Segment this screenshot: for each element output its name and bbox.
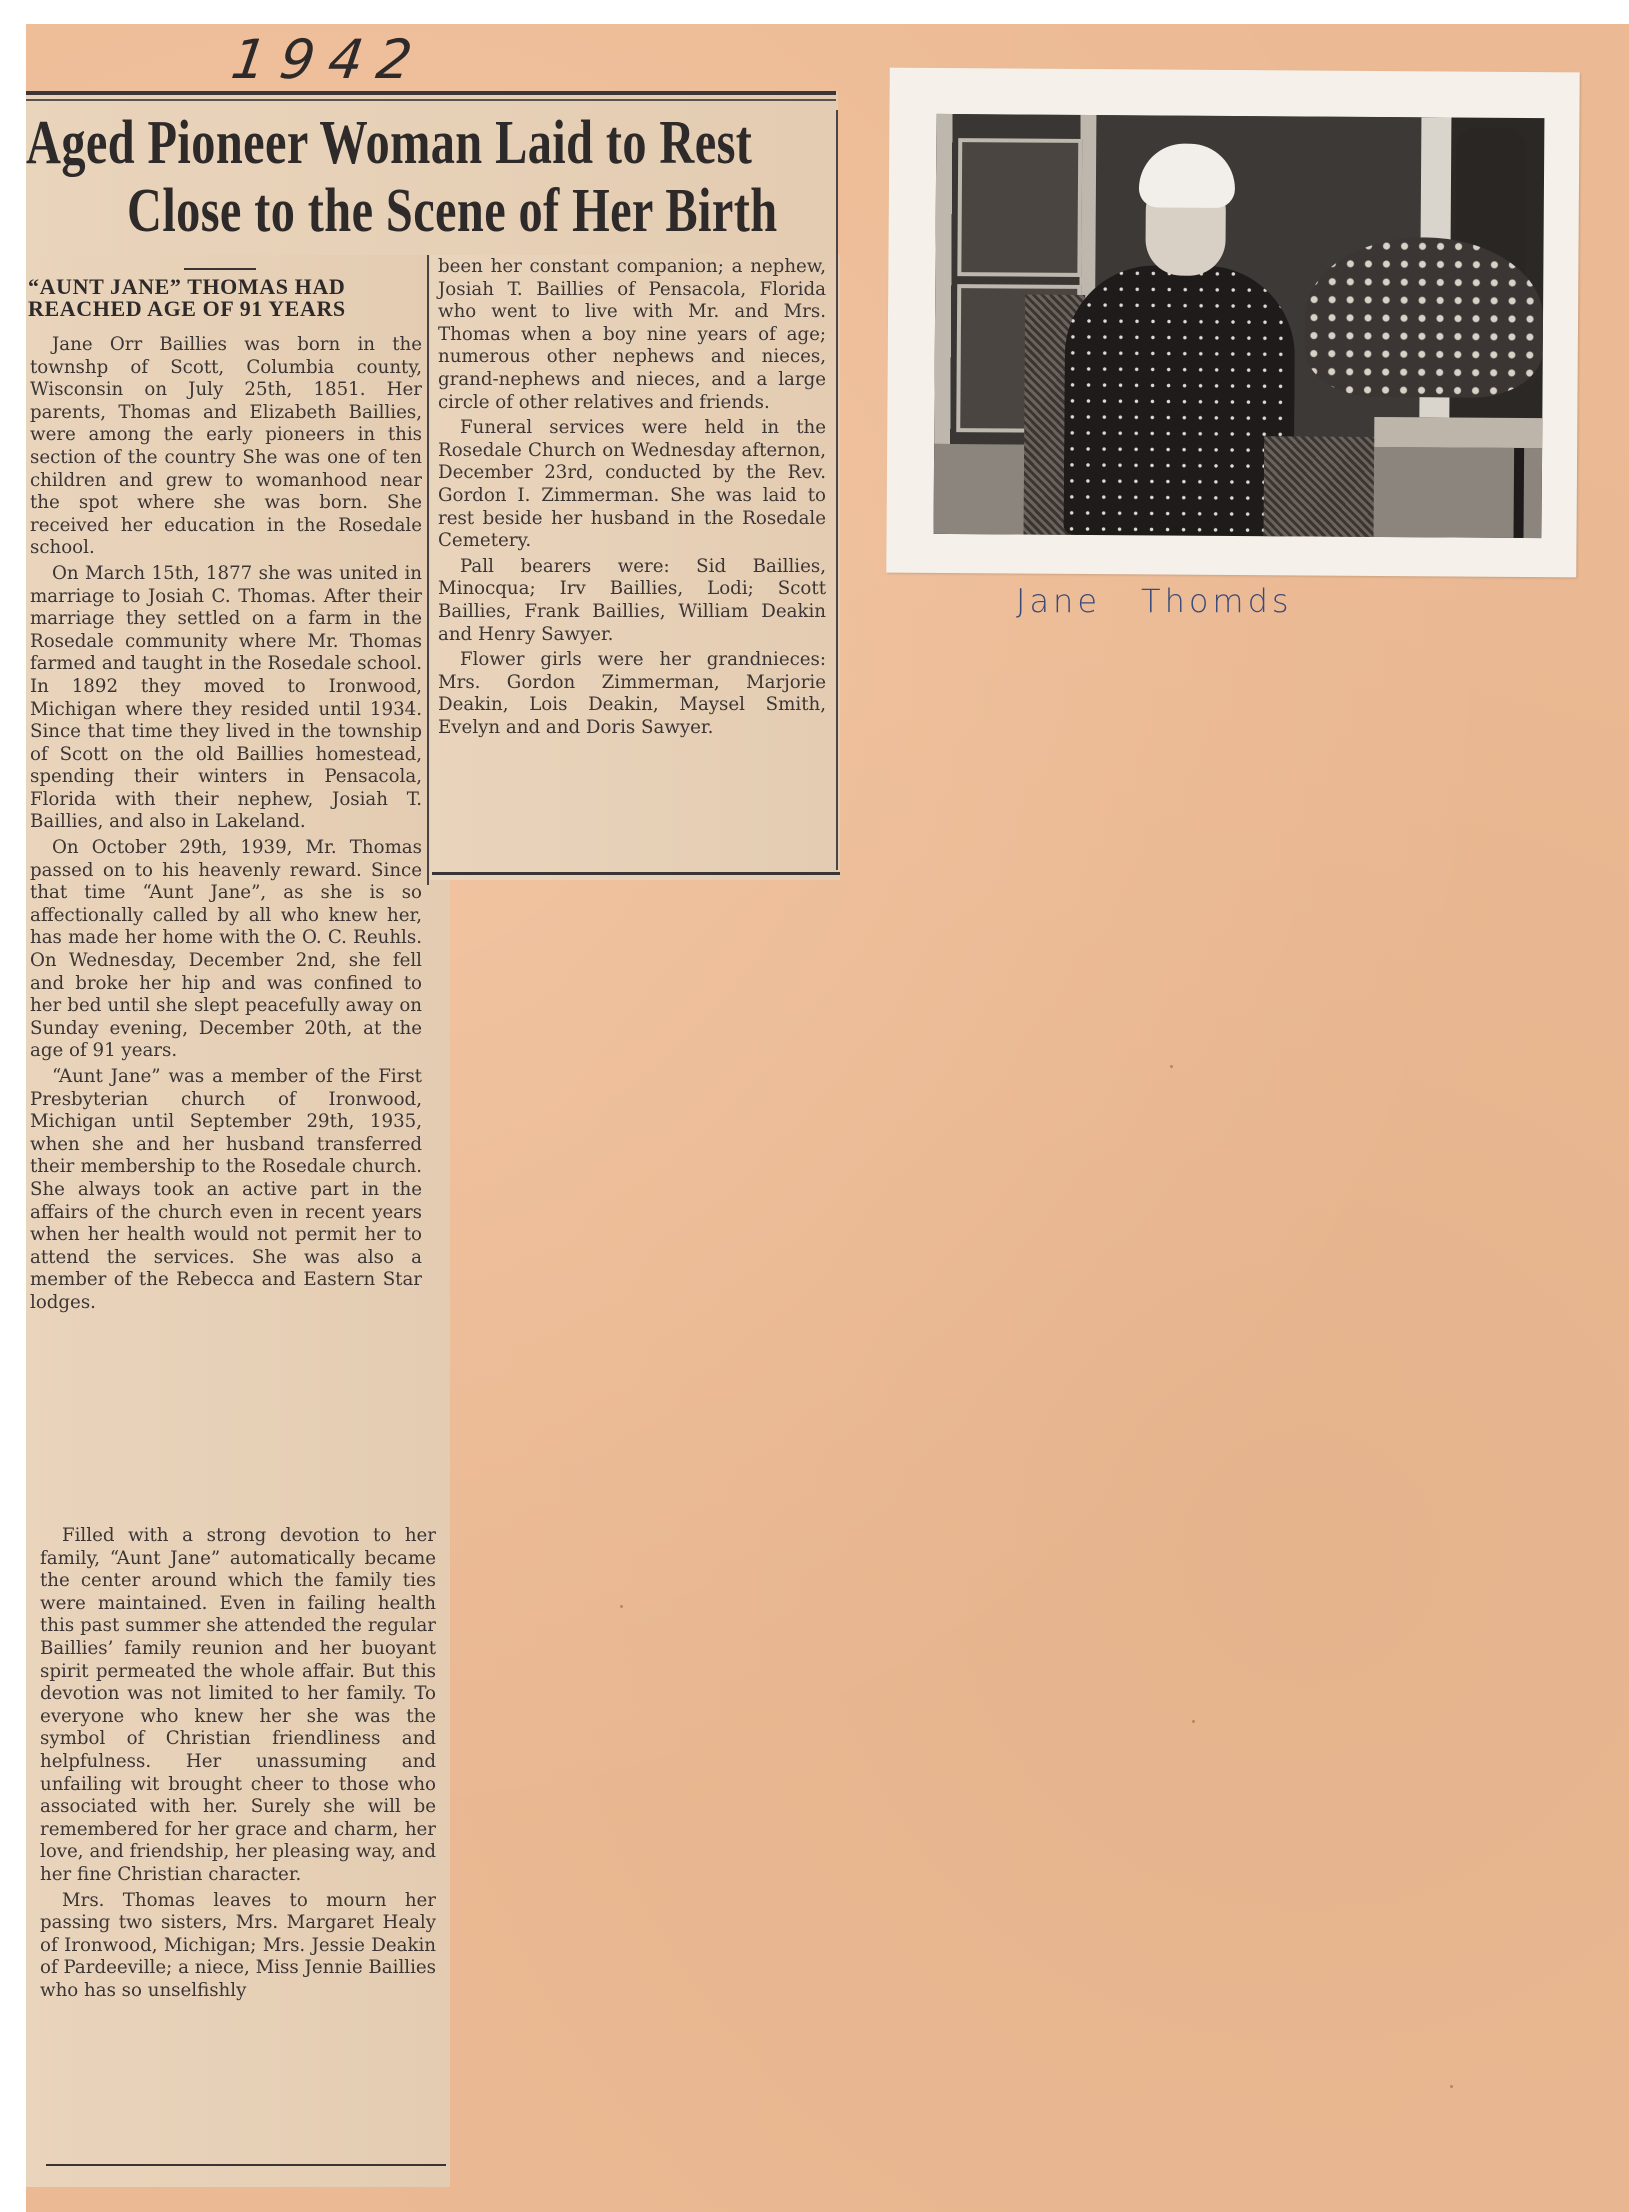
photo-caption: JaneThomds: [1016, 582, 1293, 620]
handwritten-year: 1942: [228, 28, 430, 91]
paragraph: Jane Orr Baillies was born in the townsh…: [30, 334, 422, 560]
headline-line-1: Aged Pioneer Woman Laid to Rest: [26, 108, 752, 179]
photo-table: [1374, 417, 1542, 448]
column-divider: [427, 255, 429, 885]
caption-first-name: Jane: [1016, 582, 1101, 620]
paragraph: “Aunt Jane” was a member of the First Pr…: [30, 1066, 422, 1315]
headline-line-2: Close to the Scene of Her Birth: [127, 176, 778, 247]
paragraph: Mrs. Thomas leaves to mourn her passing …: [40, 1890, 436, 2003]
article-right-column: been her constant companion; a nephew, J…: [438, 256, 826, 742]
photo-wicker-chair-arm: [1264, 436, 1375, 537]
paragraph: Flower girls were her grandnieces: Mrs. …: [438, 649, 826, 739]
photo-flower-vase: [1304, 237, 1543, 399]
paper-speck: [1450, 2085, 1453, 2088]
photo-image: [934, 114, 1545, 538]
caption-last-name: Thomds: [1141, 582, 1293, 620]
paper-speck: [1192, 1720, 1195, 1723]
paper-speck: [1170, 1065, 1173, 1068]
article-left-column: Jane Orr Baillies was born in the townsh…: [30, 334, 422, 1318]
photo-woman-dress: [1064, 265, 1296, 537]
paragraph: On October 29th, 1939, Mr. Thomas passed…: [30, 837, 422, 1063]
paragraph: Filled with a strong devotion to her fam…: [40, 1525, 436, 1887]
top-rule-thin: [26, 99, 836, 101]
paragraph: Funeral services were held in the Roseda…: [438, 417, 826, 553]
paragraph: Pall bearers were: Sid Baillies, Minocqu…: [438, 556, 826, 646]
photograph: [886, 68, 1580, 578]
clipping-right-edge: [836, 110, 838, 870]
right-column-end-rule: [432, 872, 840, 875]
paragraph: On March 15th, 1877 she was united in ma…: [30, 563, 422, 834]
paragraph: been her constant companion; a nephew, J…: [438, 256, 826, 414]
paper-speck: [620, 1605, 623, 1608]
subhead-line-2: REACHED AGE OF 91 YEARS: [28, 296, 418, 322]
photo-table-leg: [1514, 448, 1525, 538]
top-rule: [26, 91, 836, 95]
article-left-column-continued: Filled with a strong devotion to her fam…: [40, 1525, 436, 2005]
left-column-end-rule: [46, 2164, 446, 2166]
photo-door-pane: [957, 138, 1082, 277]
subhead-rule: [184, 268, 256, 270]
